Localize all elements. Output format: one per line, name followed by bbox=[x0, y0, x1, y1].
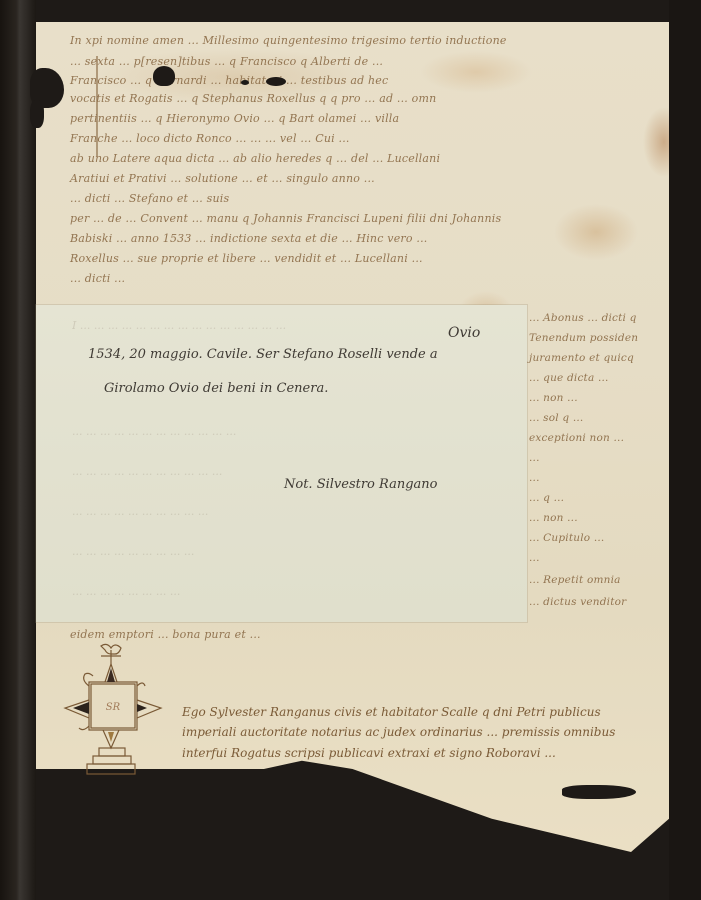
archival-summary-slip: I ... ... ... ... ... ... ... ... ... ..… bbox=[36, 305, 527, 622]
parchment-line: ... dicti ... Stefano et ... suis bbox=[70, 192, 229, 205]
damage-hole bbox=[241, 80, 249, 85]
damage-hole bbox=[266, 77, 286, 86]
parchment-line: ... dicti ... bbox=[70, 272, 125, 285]
parchment-line: per ... de ... Convent ... manu q Johann… bbox=[70, 212, 501, 225]
parchment-line: ab uno Latere aqua dicta ... ab alio her… bbox=[70, 152, 440, 165]
parchment-right-line: ... que dicta ... bbox=[529, 372, 609, 384]
parchment-right-line: Tenendum possiden bbox=[529, 332, 638, 344]
parchment-right-line: ... Repetit omnia bbox=[529, 574, 621, 586]
parchment-line: ... sexta ... p[resen]tibus ... q Franci… bbox=[70, 55, 383, 68]
damage-hole bbox=[562, 785, 636, 799]
parchment-line: Francisco ... q Bernardi ... habitatori … bbox=[70, 74, 388, 87]
parchment-line: Roxellus ... sue proprie et libere ... v… bbox=[70, 252, 423, 265]
slip-corner-note: Ovio bbox=[448, 325, 480, 341]
parchment-line: pertinentiis ... q Hieronymo Ovio ... q … bbox=[70, 112, 399, 125]
damage-hole bbox=[30, 100, 44, 128]
slip-summary-line-1: 1534, 20 maggio. Cavile. Ser Stefano Ros… bbox=[88, 347, 438, 362]
parchment-right-line: ... non ... bbox=[529, 512, 578, 524]
damage-hole bbox=[153, 66, 175, 86]
parchment-line: In xpi nomine amen ... Millesimo quingen… bbox=[70, 34, 507, 47]
parchment-line: vocatis et Rogatis ... q Stephanus Roxel… bbox=[70, 92, 436, 105]
parchment-right-line: ... q ... bbox=[529, 492, 564, 504]
parchment-right-line: juramento et quicq bbox=[529, 352, 634, 364]
parchment-right-line: ... bbox=[529, 552, 540, 564]
slip-notary-name: Not. Silvestro Rangano bbox=[284, 477, 438, 492]
parchment-line: Aratiui et Prativi ... solutione ... et … bbox=[70, 172, 375, 185]
archive-backing bbox=[669, 0, 701, 900]
parchment-closing-line: eidem emptori ... bona pura et ... bbox=[70, 628, 261, 641]
parchment-right-line: ... dictus venditor bbox=[529, 596, 626, 608]
slip-summary-line-2: Girolamo Ovio dei beni in Cenera. bbox=[104, 381, 328, 396]
parchment-line: Babiski ... anno 1533 ... indictione sex… bbox=[70, 232, 427, 245]
notarial-sign-icon: SR bbox=[63, 642, 163, 782]
parchment-right-line: ... non ... bbox=[529, 392, 578, 404]
parchment-right-line: ... Abonus ... dicti q bbox=[529, 312, 637, 324]
parchment-right-line: ... sol q ... bbox=[529, 412, 583, 424]
subscription-line: interfui Rogatus scripsi publicavi extra… bbox=[182, 746, 556, 760]
parchment-right-line: ... bbox=[529, 472, 540, 484]
parchment-line: Franche ... loco dicto Ronco ... ... ...… bbox=[70, 132, 350, 145]
parchment-right-line: ... Cupitulo ... bbox=[529, 532, 604, 544]
subscription-line: Ego Sylvester Ranganus civis et habitato… bbox=[182, 705, 601, 719]
parchment-right-line: ... bbox=[529, 452, 540, 464]
archive-binding-strip bbox=[0, 0, 36, 900]
notarial-sign-initials: SR bbox=[106, 702, 121, 713]
parchment-right-line: exceptioni non ... bbox=[529, 432, 624, 444]
subscription-line: imperiali auctoritate notarius ac judex … bbox=[182, 725, 615, 739]
